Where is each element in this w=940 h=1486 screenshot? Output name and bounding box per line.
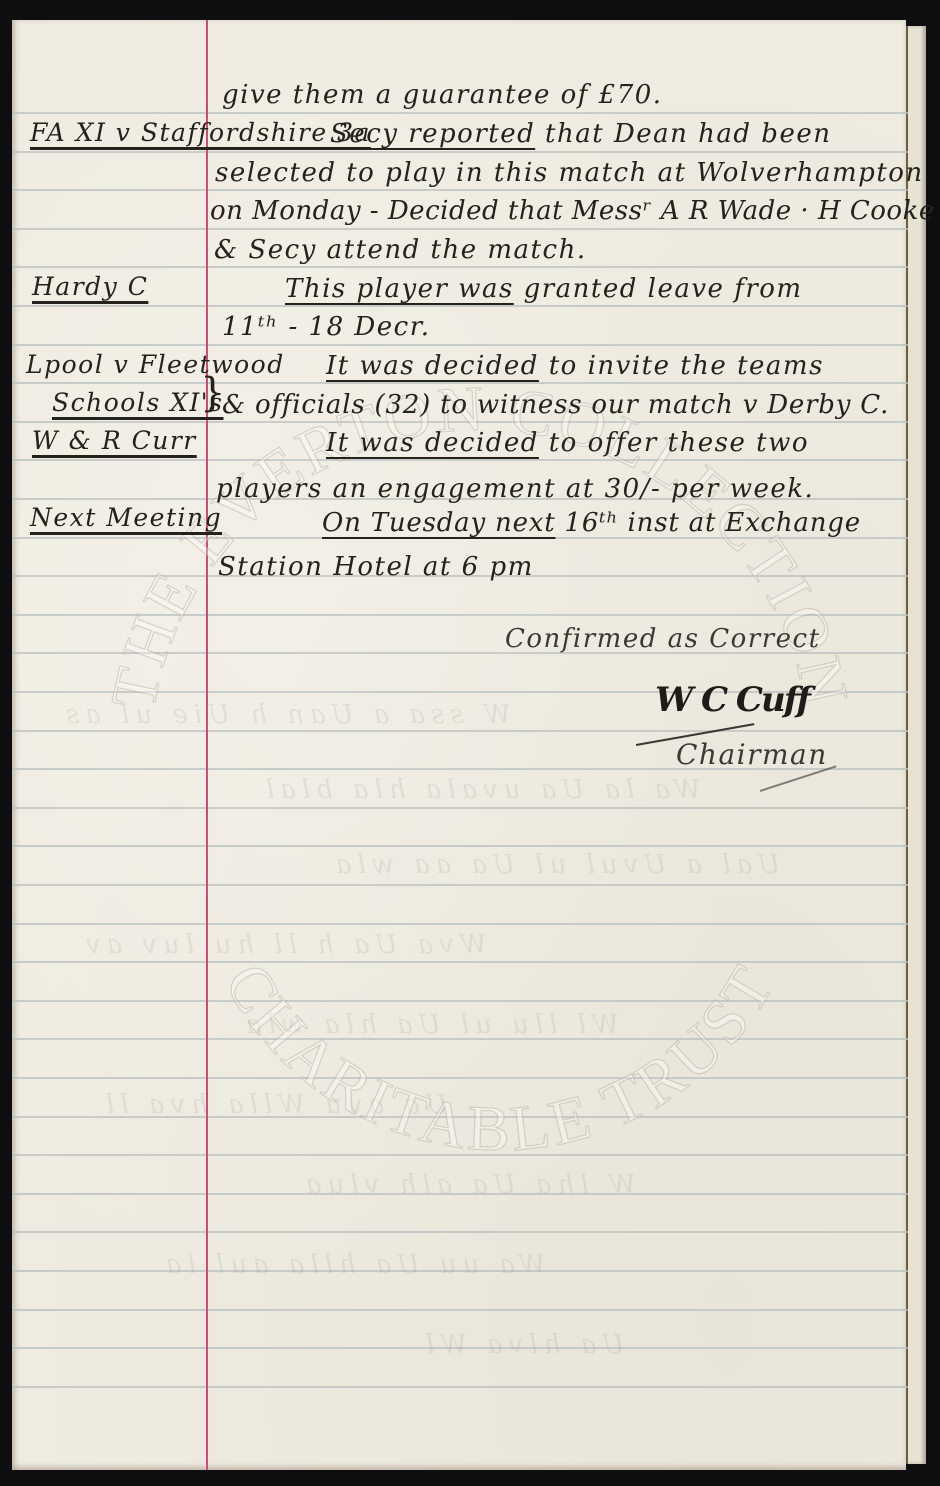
minute-line: Secy reported that Dean had been (330, 119, 831, 149)
ruled-line (12, 344, 908, 346)
ruled-line (12, 1154, 908, 1156)
margin-note-next-meeting: Next Meeting (30, 503, 222, 532)
margin-note-schools-xis: Schools XI's (52, 388, 223, 417)
margin-note-fa-xi: FA XI v Staffordshire 3a (30, 118, 371, 147)
ruled-line (12, 305, 908, 307)
ruled-line (12, 1077, 908, 1079)
minute-line: players an engagement at 30/- per week. (216, 474, 814, 504)
minute-line: on Monday - Decided that Messʳ A R Wade … (210, 196, 935, 226)
chairman-signature: W C Cuff (655, 680, 809, 720)
minute-line: Station Hotel at 6 pm (218, 552, 534, 582)
minute-line: On Tuesday next 16ᵗʰ inst at Exchange (322, 508, 861, 538)
ruled-line (12, 228, 908, 230)
ruled-line (12, 884, 908, 886)
margin-note-hardy: Hardy C (32, 272, 148, 301)
ruled-line (12, 845, 908, 847)
margin-note-w-r-curr: W & R Curr (32, 426, 197, 455)
ruled-line (12, 459, 908, 461)
ruled-line (12, 189, 908, 191)
ruled-line (12, 1309, 908, 1311)
margin-note-lpool-v-fleetwood: Lpool v Fleetwood (26, 350, 285, 379)
minute-line: 11ᵗʰ - 18 Decr. (222, 312, 431, 342)
confirmation-text: Confirmed as Correct (505, 624, 821, 654)
ruled-line (12, 1386, 908, 1388)
ruled-line (12, 807, 908, 809)
ruled-line (12, 266, 908, 268)
minute-line: & Secy attend the match. (214, 235, 587, 265)
minute-line: It was decided to invite the teams (326, 351, 824, 381)
minute-line: give them a guarantee of £70. (222, 80, 663, 110)
ruled-line (12, 151, 908, 153)
ruled-line (12, 961, 908, 963)
minute-line: & officials (32) to witness our match v … (222, 390, 889, 420)
ruled-line (12, 730, 908, 732)
ruled-line (12, 614, 908, 616)
minute-line: It was decided to offer these two (326, 428, 809, 458)
ruled-line (12, 923, 908, 925)
next-page-edge (906, 26, 926, 1464)
ruled-line (12, 382, 908, 384)
ruled-line (12, 1231, 908, 1233)
minute-line: This player was granted leave from (285, 274, 803, 304)
chairman-title: Chairman (676, 738, 828, 771)
ruled-line (12, 421, 908, 423)
ruled-line (12, 1000, 908, 1002)
minute-line: selected to play in this match at Wolver… (215, 158, 924, 188)
ruled-line (12, 112, 908, 114)
